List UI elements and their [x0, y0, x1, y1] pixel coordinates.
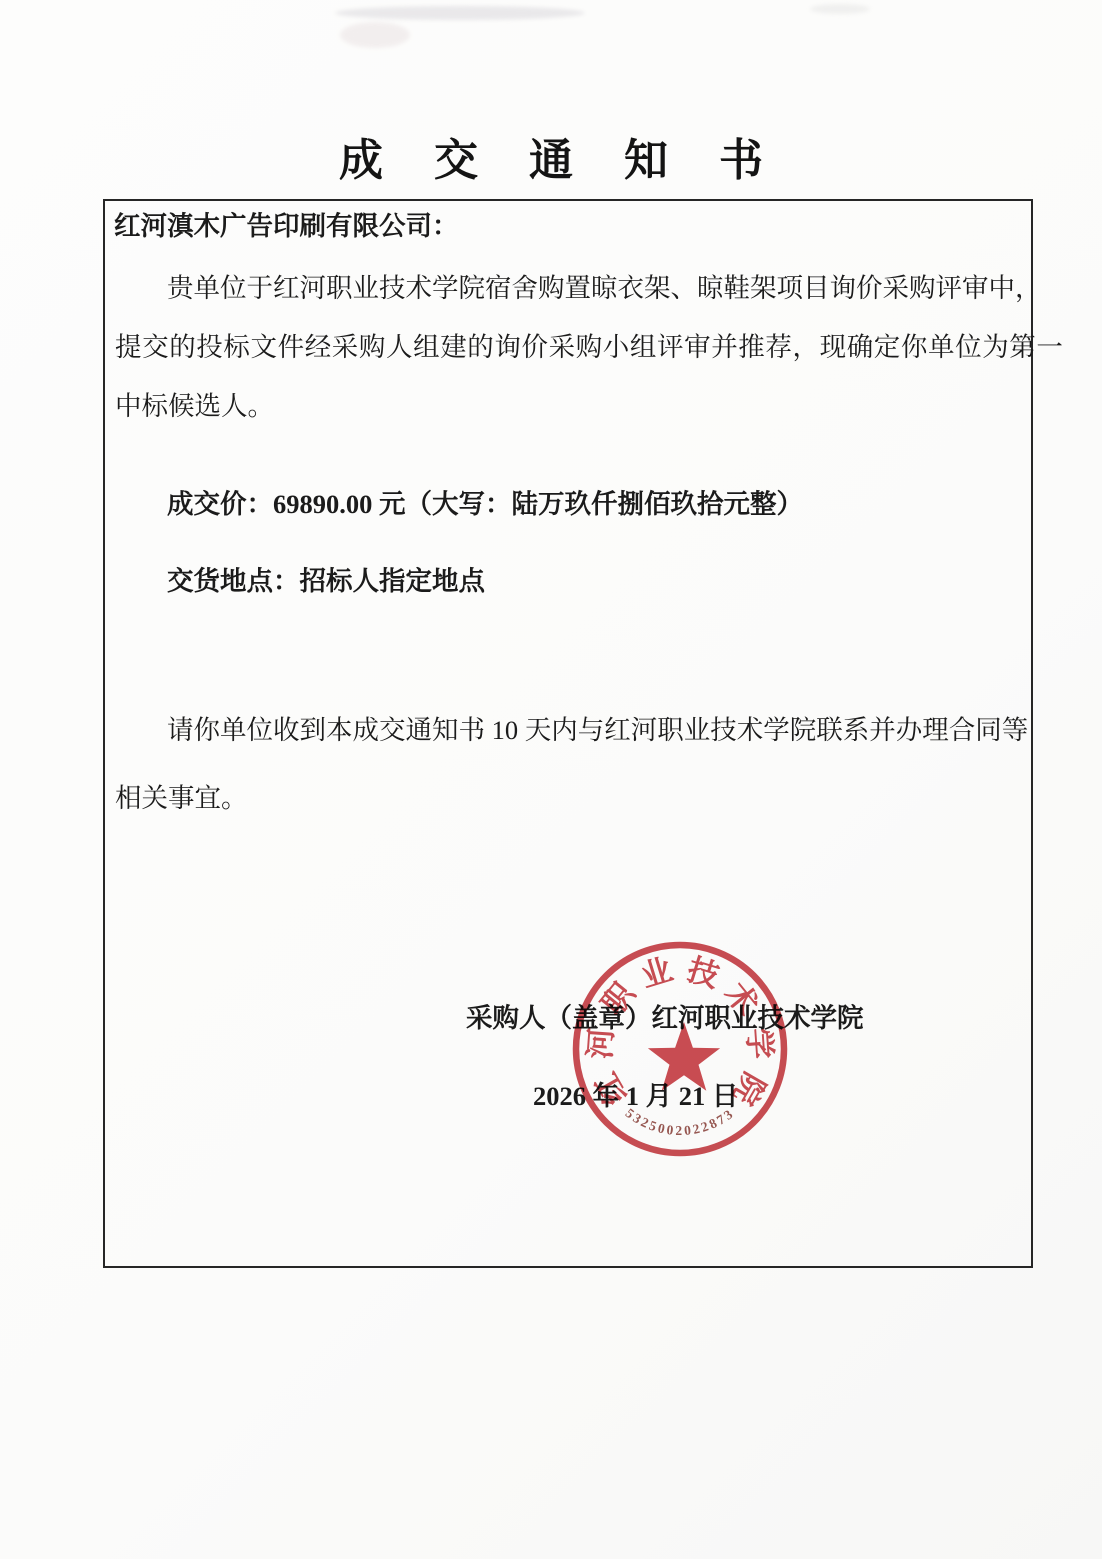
body-paragraph1-line1: 贵单位于红河职业技术学院宿舍购置晾衣架、晾鞋架项目询价采购评审中， [167, 270, 1042, 306]
scan-smudge [340, 22, 410, 48]
date-line: 2026 年 1 月 21 日 [533, 1078, 738, 1114]
body-paragraph2-line2: 相关事宜。 [115, 780, 248, 816]
scanned-notice-page: 成 交 通 知 书 红河滇木广告印刷有限公司： 贵单位于红河职业技术学院宿舍购置… [0, 0, 1102, 1559]
purchaser-signature-line: 采购人（盖章）红河职业技术学院 [466, 1000, 864, 1036]
recipient-line: 红河滇木广告印刷有限公司： [114, 208, 459, 244]
page-title: 成 交 通 知 书 [0, 124, 1102, 188]
delivery-location-line: 交货地点：招标人指定地点 [167, 563, 485, 599]
body-paragraph1-line3: 中标候选人。 [115, 388, 274, 424]
body-paragraph1-line2: 提交的投标文件经采购人组建的询价采购小组评审并推荐，现确定你单位为第一 [115, 329, 1064, 365]
body-paragraph2-line1: 请你单位收到本成交通知书 10 天内与红河职业技术学院联系并办理合同等 [167, 712, 1028, 748]
scan-smudge [335, 6, 585, 20]
scan-smudge [810, 4, 870, 14]
price-line: 成交价：69890.00 元（大写：陆万玖仟捌佰玖拾元整） [167, 486, 803, 522]
